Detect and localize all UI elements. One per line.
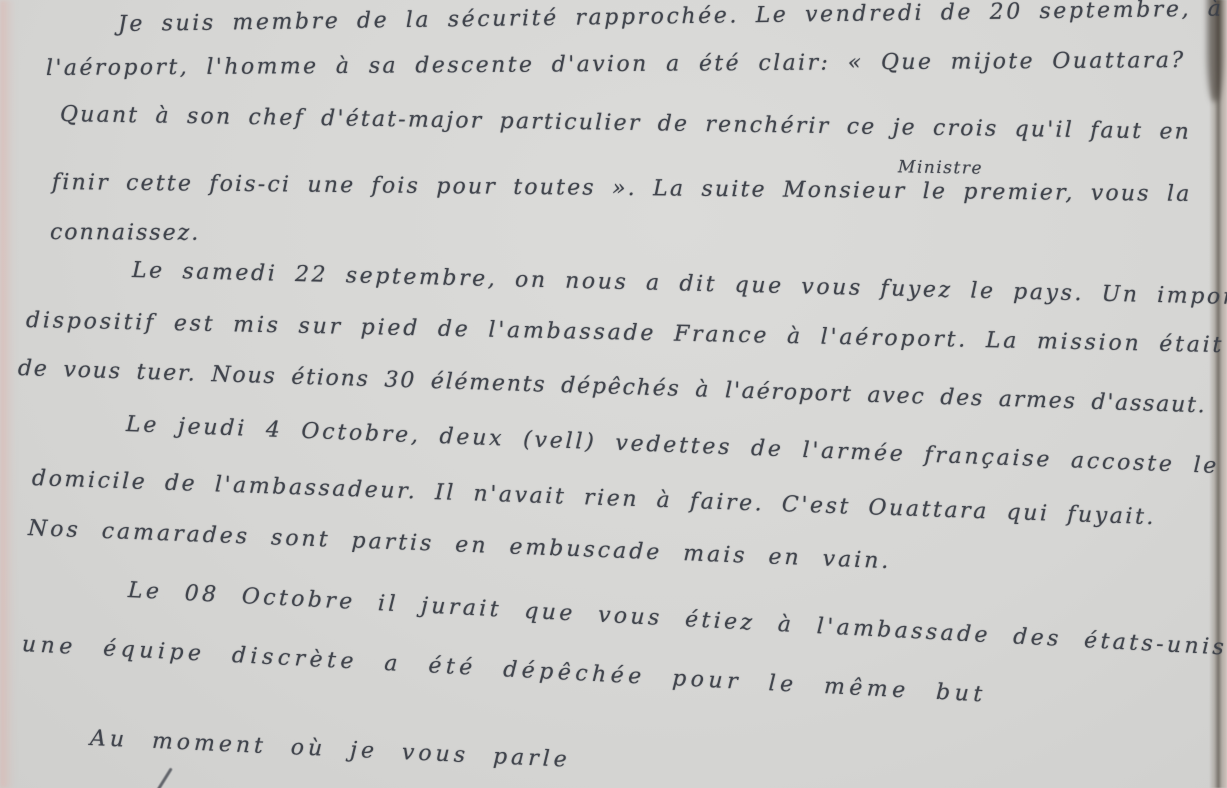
partial-stroke bbox=[154, 767, 172, 788]
handwritten-line: Le samedi 22 septembre, on nous a dit qu… bbox=[132, 258, 1227, 311]
handwritten-line: Je suis membre de la sécurité rapprochée… bbox=[118, 0, 1224, 37]
handwritten-line: de vous tuer. Nous étions 30 éléments dé… bbox=[18, 356, 1207, 418]
handwritten-line: connaissez. bbox=[50, 220, 200, 246]
handwritten-line: Quant à son chef d'état-major particulie… bbox=[60, 102, 1191, 145]
handwritten-line: dispositif est mis sur pied de l'ambassa… bbox=[26, 308, 1225, 358]
handwritten-line: Le jeudi 4 Octobre, deux (vell) vedettes… bbox=[126, 412, 1220, 479]
handwritten-line: Au moment où je vous parle bbox=[89, 726, 571, 773]
handwritten-line: une équipe discrète a été dépêchée pour … bbox=[21, 632, 987, 708]
handwritten-line: finir cette fois-ci une fois pour toutes… bbox=[52, 170, 1192, 207]
handwritten-line: l'aéroport, l'homme à sa descente d'avio… bbox=[46, 48, 1186, 81]
handwritten-line: Nos camarades sont partis en embuscade m… bbox=[28, 516, 892, 574]
handwriting-layer: Je suis membre de la sécurité rapprochée… bbox=[0, 0, 1227, 788]
inserted-word-ministre: Ministre bbox=[898, 157, 983, 178]
handwritten-line: domicile de l'ambassadeur. Il n'avait ri… bbox=[32, 466, 1157, 530]
handwritten-letter-photo: Je suis membre de la sécurité rapprochée… bbox=[0, 0, 1227, 788]
